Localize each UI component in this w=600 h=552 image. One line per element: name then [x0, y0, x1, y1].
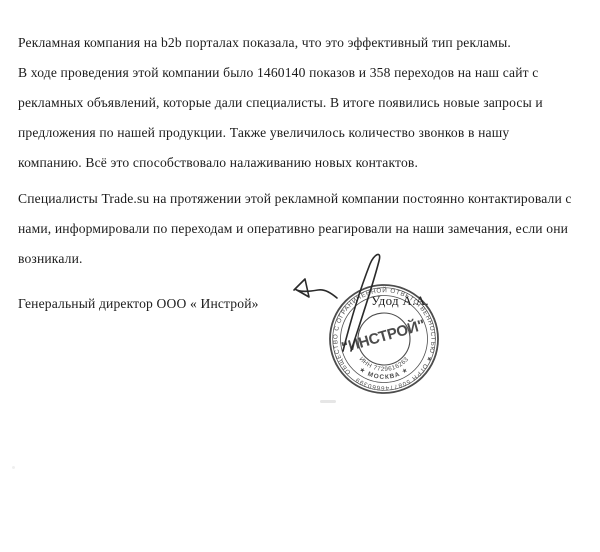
paragraph-line: Специалисты Trade.su на протяжении этой …: [18, 191, 572, 207]
signature-title: Генеральный директор ООО « Инстрой»: [18, 296, 259, 312]
paragraph-line: Рекламная компания на b2b порталах показ…: [18, 35, 511, 51]
paragraph-line: рекламных объявлений, которые дали специ…: [18, 95, 543, 111]
paragraph-line: В ходе проведения этой компании было 146…: [18, 65, 538, 81]
signature-initials-stroke: [294, 279, 337, 298]
paragraph-line: предложения по нашей продукции. Также ув…: [18, 125, 509, 141]
scan-artifact: [12, 466, 15, 469]
scanned-letter-page: Рекламная компания на b2b порталах показ…: [0, 0, 600, 552]
paragraph-line: компанию. Всё это способствовало налажив…: [18, 155, 418, 171]
paragraph-line: нами, информировали по переходам и опера…: [18, 221, 568, 237]
paragraph-line: возникали.: [18, 251, 83, 267]
director-name: Удод А.А.: [371, 293, 429, 309]
